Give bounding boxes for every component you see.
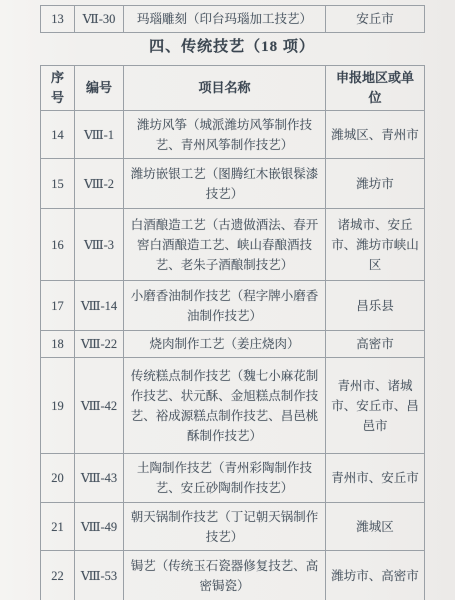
previous-section-table: 13 Ⅶ-30 玛瑙雕刻（印台玛瑙加工技艺） 安丘市 (40, 5, 425, 33)
code-cell: Ⅷ-3 (75, 209, 124, 281)
seq-cell: 22 (41, 551, 75, 600)
code-cell: Ⅷ-14 (75, 281, 124, 331)
name-cell: 烧肉制作工艺（姜庄烧肉） (124, 331, 326, 358)
region-cell: 潍城区、青州市 (326, 111, 425, 159)
table-row: 16 Ⅷ-3 白酒酿造工艺（古遗做酒法、春开窖白酒酿造工艺、峡山春酿酒技艺、老朱… (41, 209, 425, 281)
name-cell: 白酒酿造工艺（古遗做酒法、春开窖白酒酿造工艺、峡山春酿酒技艺、老朱子酒酿制技艺） (124, 209, 326, 281)
table-row: 17 Ⅷ-14 小磨香油制作技艺（程字牌小磨香油制作技艺） 昌乐县 (41, 281, 425, 331)
seq-cell: 13 (41, 6, 75, 33)
code-cell: Ⅷ-22 (75, 331, 124, 358)
name-cell: 潍坊风筝（城派潍坊风筝制作技艺、青州风筝制作技艺） (124, 111, 326, 159)
table-row: 14 Ⅷ-1 潍坊风筝（城派潍坊风筝制作技艺、青州风筝制作技艺） 潍城区、青州市 (41, 111, 425, 159)
seq-cell: 20 (41, 454, 75, 503)
table-row: 15 Ⅷ-2 潍坊嵌银工艺（图腾红木嵌银髹漆技艺） 潍坊市 (41, 159, 425, 209)
header-seq: 序号 (41, 66, 75, 111)
name-cell: 锔艺（传统玉石瓷器修复技艺、高密锔瓷） (124, 551, 326, 600)
code-cell: Ⅶ-30 (75, 6, 124, 33)
table-row: 22 Ⅷ-53 锔艺（传统玉石瓷器修复技艺、高密锔瓷） 潍坊市、高密市 (41, 551, 425, 600)
region-cell: 潍坊市、高密市 (326, 551, 425, 600)
name-cell: 潍坊嵌银工艺（图腾红木嵌银髹漆技艺） (124, 159, 326, 209)
code-cell: Ⅷ-1 (75, 111, 124, 159)
region-cell: 青州市、安丘市 (326, 454, 425, 503)
header-code: 编号 (75, 66, 124, 111)
region-cell: 潍城区 (326, 503, 425, 551)
table-row: 21 Ⅷ-49 朝天锅制作技艺（丁记朝天锅制作技艺） 潍城区 (41, 503, 425, 551)
section-title: 四、传统技艺（18 项） (40, 34, 424, 60)
code-cell: Ⅷ-49 (75, 503, 124, 551)
name-cell: 朝天锅制作技艺（丁记朝天锅制作技艺） (124, 503, 326, 551)
seq-cell: 15 (41, 159, 75, 209)
region-cell: 安丘市 (326, 6, 425, 33)
table-row: 19 Ⅷ-42 传统糕点制作技艺（魏七小麻花制作技艺、状元酥、金旭糕点制作技艺、… (41, 358, 425, 454)
seq-cell: 18 (41, 331, 75, 358)
name-cell: 小磨香油制作技艺（程字牌小磨香油制作技艺） (124, 281, 326, 331)
region-cell: 潍坊市 (326, 159, 425, 209)
code-cell: Ⅷ-43 (75, 454, 124, 503)
seq-cell: 14 (41, 111, 75, 159)
seq-cell: 21 (41, 503, 75, 551)
name-cell: 土陶制作技艺（青州彩陶制作技艺、安丘砂陶制作技艺） (124, 454, 326, 503)
header-name: 项目名称 (124, 66, 326, 111)
header-region: 申报地区或单位 (326, 66, 425, 111)
seq-cell: 19 (41, 358, 75, 454)
region-cell: 诸城市、安丘市、潍坊市峡山区 (326, 209, 425, 281)
region-cell: 青州市、诸城市、安丘市、昌邑市 (326, 358, 425, 454)
name-cell: 玛瑙雕刻（印台玛瑙加工技艺） (124, 6, 326, 33)
document-page: 13 Ⅶ-30 玛瑙雕刻（印台玛瑙加工技艺） 安丘市 四、传统技艺（18 项） … (0, 0, 455, 600)
code-cell: Ⅷ-42 (75, 358, 124, 454)
region-cell: 昌乐县 (326, 281, 425, 331)
table-row: 20 Ⅷ-43 土陶制作技艺（青州彩陶制作技艺、安丘砂陶制作技艺） 青州市、安丘… (41, 454, 425, 503)
name-cell: 传统糕点制作技艺（魏七小麻花制作技艺、状元酥、金旭糕点制作技艺、裕成源糕点制作技… (124, 358, 326, 454)
table-header-row: 序号 编号 项目名称 申报地区或单位 (41, 66, 425, 111)
table-row: 13 Ⅶ-30 玛瑙雕刻（印台玛瑙加工技艺） 安丘市 (41, 6, 425, 33)
region-cell: 高密市 (326, 331, 425, 358)
seq-cell: 17 (41, 281, 75, 331)
code-cell: Ⅷ-53 (75, 551, 124, 600)
table-row: 18 Ⅷ-22 烧肉制作工艺（姜庄烧肉） 高密市 (41, 331, 425, 358)
code-cell: Ⅷ-2 (75, 159, 124, 209)
traditional-crafts-table: 序号 编号 项目名称 申报地区或单位 14 Ⅷ-1 潍坊风筝（城派潍坊风筝制作技… (40, 65, 425, 600)
seq-cell: 16 (41, 209, 75, 281)
